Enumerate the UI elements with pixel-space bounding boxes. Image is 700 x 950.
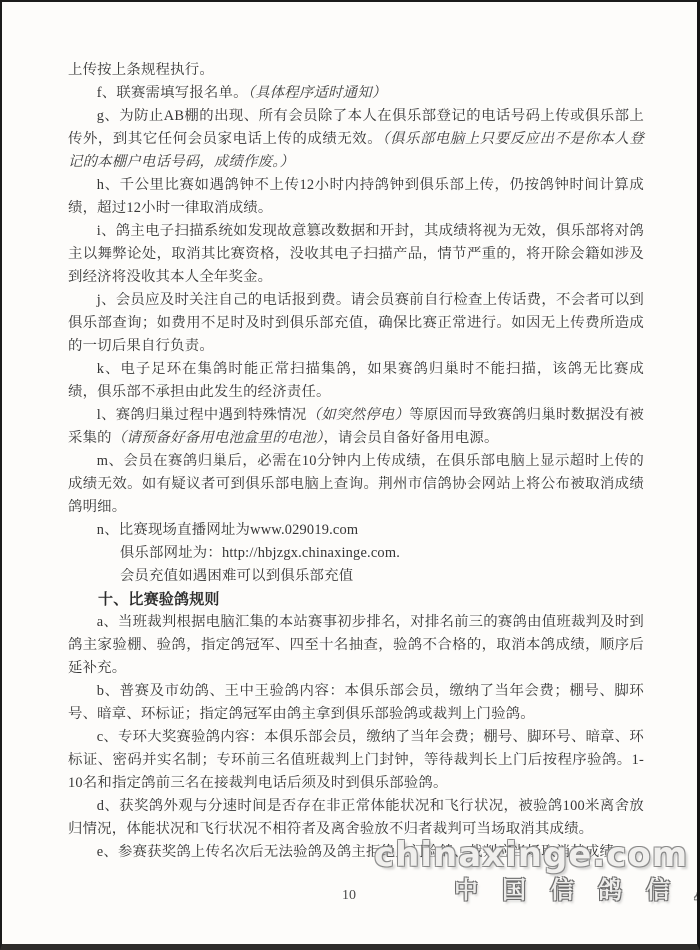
rule-item-l: l、赛鸽归巢过程中遇到特殊情况（如突然停电）等原因而导致赛鸽归巢时数据没有被采集… <box>68 404 644 450</box>
rule-item-i: i、鸽主电子扫描系统如发现故意篡改数据和开封，其成绩将视为无效，俱乐部将对鸽主以… <box>68 220 644 289</box>
rule-item-m: m、会员在赛鸽归巢后，必需在10分钟内上传成绩，在俱乐部电脑上显示超时上传的成绩… <box>68 450 644 519</box>
section-heading-10: 十、比赛验鸽规则 <box>68 588 644 611</box>
recharge-note-line: 会员充值如遇困难可以到俱乐部充值 <box>68 565 644 588</box>
page-number: 10 <box>2 888 696 904</box>
scanned-document-page: 上传按上条规程执行。 f、联赛需填写报名单。（具体程序适时通知） g、为防止AB… <box>0 0 700 950</box>
rule-item-a: a、当班裁判根据电脑汇集的本站赛事初步排名，对排名前三的赛鸽由值班裁判及时到鸽主… <box>68 611 644 680</box>
rule-item-f: f、联赛需填写报名单。（具体程序适时通知） <box>68 82 644 105</box>
rule-item-n: n、比赛现场直播网址为www.029019.com <box>68 519 644 542</box>
rule-item-c: c、专环大奖赛验鸽内容：本俱乐部会员，缴纳了当年会费；棚号、脚环号、暗章、环标证… <box>68 726 644 795</box>
rule-item-b: b、普赛及市幼鸽、王中王验鸽内容：本俱乐部会员，缴纳了当年会费；棚号、脚环号、暗… <box>68 680 644 726</box>
rule-item-g: g、为防止AB棚的出现、所有会员除了本人在俱乐部登记的电话号码上传或俱乐部上传外… <box>68 105 644 174</box>
rule-item-j: j、会员应及时关注自己的电话报到费。请会员赛前自行检查上传话费，不会者可以到俱乐… <box>68 289 644 358</box>
paragraph-continuation: 上传按上条规程执行。 <box>68 59 644 82</box>
watermark-site-url: chinaxinge.com <box>374 835 688 875</box>
rule-item-k: k、电子足环在集鸽时能正常扫描集鸽，如果赛鸽归巢时不能扫描，该鸽无比赛成绩，俱乐… <box>68 358 644 404</box>
rule-item-h: h、千公里比赛如遇鸽钟不上传12小时内持鸽钟到俱乐部上传，仍按鸽钟时间计算成绩，… <box>68 174 644 220</box>
club-url-line: 俱乐部网址为：http://hbjzgx.chinaxinge.com. <box>68 542 644 565</box>
document-body: 上传按上条规程执行。 f、联赛需填写报名单。（具体程序适时通知） g、为防止AB… <box>68 59 644 864</box>
